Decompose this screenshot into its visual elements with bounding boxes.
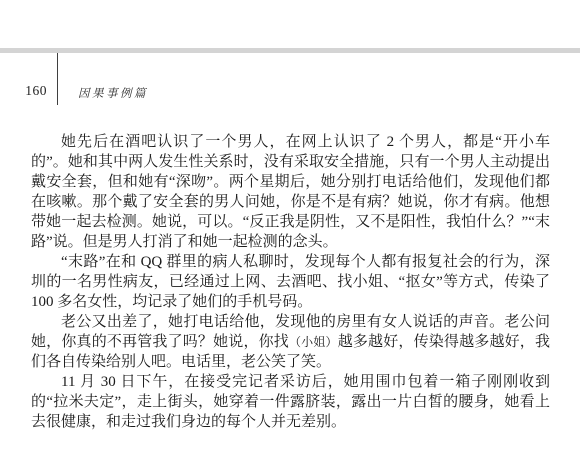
page-number: 160	[0, 83, 47, 99]
running-head-title: 因果事例篇	[78, 85, 148, 101]
page-top-rule	[0, 48, 580, 53]
paragraph-4: 11 月 30 日下午，在接受完记者采访后，她用围巾包着一箱子刚刚收到的“拉米夫…	[31, 372, 550, 432]
paragraph-1: 她先后在酒吧认识了一个男人，在网上认识了 2 个男人，都是“开小车的”。她和其中…	[31, 132, 550, 252]
paragraph-2: “末路”在和 QQ 群里的病人私聊时，发现每个人都有报复社会的行为，深圳的一名男…	[31, 252, 550, 312]
running-head-divider	[57, 53, 58, 105]
body-text: 她先后在酒吧认识了一个男人，在网上认识了 2 个男人，都是“开小车的”。她和其中…	[31, 132, 550, 432]
paragraph-3-small-parenthetical: （小姐）	[289, 335, 338, 349]
paragraph-3: 老公又出差了，她打电话给他，发现他的房里有女人说话的声音。老公问她，你真的不再管…	[31, 312, 550, 372]
book-page: 160 因果事例篇 她先后在酒吧认识了一个男人，在网上认识了 2 个男人，都是“…	[0, 0, 580, 465]
